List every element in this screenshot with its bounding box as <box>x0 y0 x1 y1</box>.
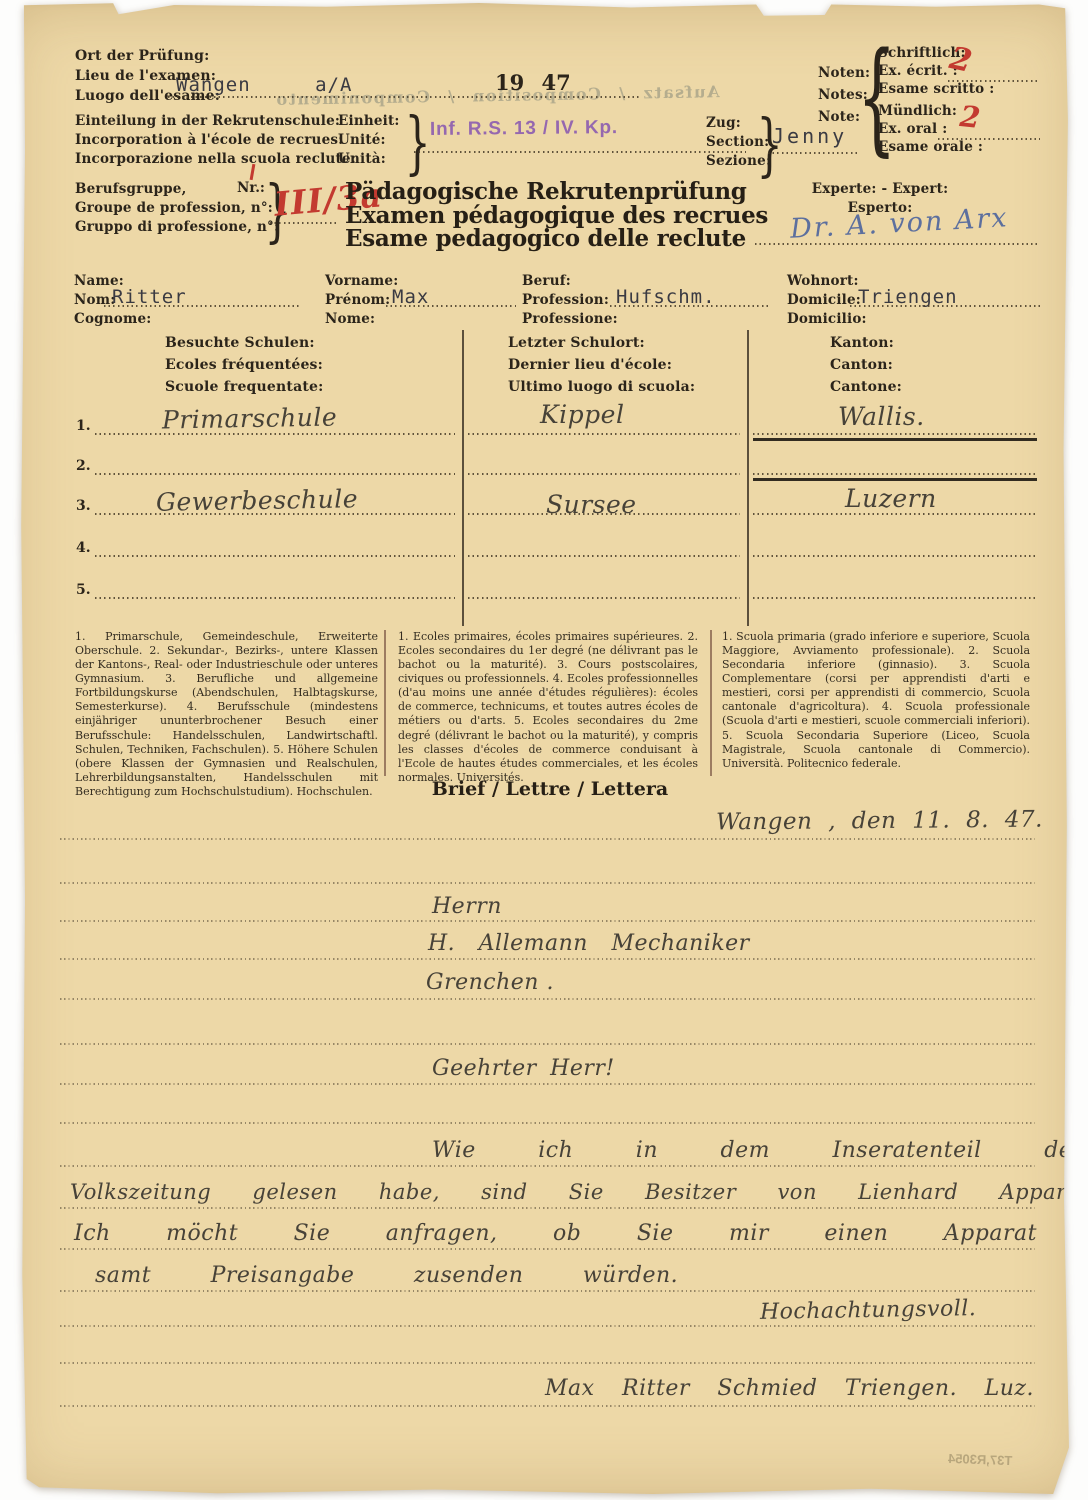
canton-entry: Luzern <box>845 484 937 513</box>
label-nome: Nome: <box>325 310 398 329</box>
label-esame-scritto: Esame scritto : <box>878 80 994 98</box>
row-number: 1. <box>76 418 91 434</box>
bleedthrough-serial: T37,R3054 <box>948 1451 1013 1468</box>
label-prenom: Prénom: <box>325 291 398 310</box>
label-canton: Canton: <box>830 354 902 376</box>
letter-body-line: Ich möcht Sie anfragen, ob Sie mir einen… <box>74 1221 1088 1246</box>
unit-brace <box>405 104 431 183</box>
letter-rule <box>60 1248 1035 1250</box>
platoon-dotted-line <box>768 152 860 154</box>
label-cognome: Cognome: <box>74 310 151 329</box>
label-ultimo-luogo: Ultimo luogo di scuola: <box>508 376 695 398</box>
table-row-line <box>95 513 455 515</box>
profession-group-dotted-line <box>270 222 336 224</box>
letter-rule <box>60 1207 1035 1209</box>
row-number: 4. <box>76 540 91 556</box>
label-besuchte-schulen: Besuchte Schulen: <box>165 332 324 354</box>
place-dotted-line <box>168 96 640 98</box>
paper-shadow: Aufsatz / Composition / Componimento Ort… <box>0 0 1088 1500</box>
schools-column-header: Besuchte Schulen: Ecoles fréquentées: Sc… <box>165 332 324 398</box>
table-row-line <box>468 555 740 557</box>
title-italian: Esame pedagogico delle reclute <box>345 227 745 251</box>
label-experte: Experte: - Expert: <box>775 180 985 199</box>
footnote-italian: 1. Scuola primaria (grado inferiore e su… <box>722 630 1030 771</box>
label-domicilio: Domicilio: <box>787 310 867 329</box>
row-number: 5. <box>76 582 91 598</box>
school-place-entry: Kippel <box>540 400 624 429</box>
year-value: 19 47 <box>495 70 571 95</box>
table-divider-1 <box>462 330 464 626</box>
footnote-divider-1 <box>384 630 386 776</box>
letter-rule <box>60 882 1035 884</box>
oral-grade-dotted-line <box>938 138 1040 140</box>
letter-date: Wangen , den 11. 8. 47. <box>716 807 1043 836</box>
letter-body-line: Volkszeitung gelesen habe, sind Sie Besi… <box>70 1180 1088 1204</box>
label-kanton: Kanton: <box>830 332 902 354</box>
canton-entry: Wallis. <box>838 402 925 431</box>
table-row-line <box>468 597 740 599</box>
row-number: 3. <box>76 498 91 514</box>
profession-dotted-line <box>610 305 768 307</box>
place-value: Wangen a/A <box>176 74 352 96</box>
label-einheit: Einheit: <box>338 112 400 131</box>
letter-rule <box>60 1405 1035 1407</box>
unit-dotted-line <box>414 151 746 153</box>
canton-solid-underline <box>753 438 1037 441</box>
letter-rule <box>60 838 1035 840</box>
label-nr: Nr.: <box>237 180 265 196</box>
residence-labels: Wohnort: Domicile: Domicilio: <box>787 272 867 329</box>
label-domicile: Domicile: <box>787 291 867 310</box>
title-german: Pädagogische Rekrutenprüfung <box>345 180 745 204</box>
label-groupe-profession: Groupe de profession, n°: <box>75 199 279 218</box>
written-grade-labels: Schriftlich: Ex. écrit. : Esame scritto … <box>878 44 994 98</box>
residence-dotted-line <box>850 305 1040 307</box>
label-wohnort: Wohnort: <box>787 272 867 291</box>
table-divider-2 <box>747 330 749 626</box>
table-row-line <box>95 555 455 557</box>
label-einteilung: Einteilung in der Rekrutenschule: <box>75 112 356 131</box>
letter-rule <box>60 920 1035 922</box>
table-row-line <box>468 473 740 475</box>
unit-labels: Einheit: Unité: Unità: <box>338 112 400 169</box>
schoolplace-column-header: Letzter Schulort: Dernier lieu d'école: … <box>508 332 695 398</box>
label-professione: Professione: <box>522 310 618 329</box>
oral-grade-value: 2 <box>958 99 982 135</box>
letter-rule <box>60 1165 1035 1167</box>
table-row-line <box>753 513 1037 515</box>
letter-address-line: H. Allemann Mechaniker <box>428 931 750 956</box>
written-grade-dotted-line <box>948 80 1040 82</box>
table-row-line <box>95 597 455 599</box>
first-name-labels: Vorname: Prénom: Nome: <box>325 272 398 329</box>
letter-rule <box>60 998 1035 1000</box>
table-row-line <box>95 473 455 475</box>
footnote-french: 1. Ecoles primaires, écoles primaires su… <box>398 630 698 785</box>
label-ort: Ort der Prüfung: <box>75 46 220 66</box>
school-entry: Primarschule <box>162 402 338 434</box>
footnote-german: 1. Primarschule, Gemeindeschule, Erweite… <box>75 630 378 799</box>
label-scuole-frequentate: Scuole frequentate: <box>165 376 324 398</box>
letter-rule <box>60 1083 1035 1085</box>
footnote-divider-2 <box>710 630 712 776</box>
label-esame-orale: Esame orale : <box>878 138 983 156</box>
label-unita: Unità: <box>338 150 400 169</box>
letter-heading: Brief / Lettre / Lettera <box>420 778 680 800</box>
unit-stamp: Inf. R.S. 13 / IV. Kp. <box>430 117 618 141</box>
label-letzter-schulort: Letzter Schulort: <box>508 332 695 354</box>
table-row-line <box>468 513 740 515</box>
label-ex-ecrit: Ex. écrit. : <box>878 62 994 80</box>
table-row-line <box>468 433 740 435</box>
label-unite: Unité: <box>338 131 400 150</box>
letter-address-line: Grenchen . <box>426 970 554 995</box>
label-vorname: Vorname: <box>325 272 398 291</box>
school-entry: Gewerbeschule <box>156 484 359 517</box>
letter-rule <box>60 1325 1035 1327</box>
label-dernier-lieu: Dernier lieu d'école: <box>508 354 695 376</box>
title-french: Examen pédagogique des recrues <box>345 204 745 228</box>
label-ecoles-frequentees: Ecoles fréquentées: <box>165 354 324 376</box>
name-dotted-line <box>104 305 302 307</box>
letter-rule <box>60 1362 1035 1364</box>
letter-closing: Hochachtungsvoll. <box>760 1296 977 1325</box>
letter-rule <box>60 1290 1035 1292</box>
letter-signature: Max Ritter Schmied Triengen. Luz. <box>545 1376 1034 1401</box>
letter-address-line: Herrn <box>432 894 502 919</box>
incorporation-labels: Einteilung in der Rekrutenschule: Incorp… <box>75 112 356 169</box>
table-row-line <box>95 433 455 435</box>
canton-solid-underline <box>753 478 1037 481</box>
first-name-dotted-line <box>386 305 516 307</box>
table-row-line <box>753 555 1037 557</box>
letter-body-line: Wie ich in dem Inseratenteil der <box>432 1138 1083 1163</box>
letter-rule <box>60 1122 1035 1124</box>
canton-column-header: Kanton: Canton: Cantone: <box>830 332 902 398</box>
form-title: Pädagogische Rekrutenprüfung Examen péda… <box>345 180 745 251</box>
label-gruppo-professione: Gruppo di professione, n°: <box>75 218 279 237</box>
label-beruf: Beruf: <box>522 272 618 291</box>
label-incorporation: Incorporation à l'école de recrues: <box>75 131 356 150</box>
profession-labels: Beruf: Profession: Professione: <box>522 272 618 329</box>
table-row-line <box>753 597 1037 599</box>
row-number: 2. <box>76 458 91 474</box>
letter-salutation: Geehrter Herr! <box>432 1056 615 1081</box>
paper-sheet: Aufsatz / Composition / Componimento Ort… <box>0 0 1088 1500</box>
label-incorporazione: Incorporazione nella scuola reclute: <box>75 150 356 169</box>
expert-dotted-line <box>755 243 1040 245</box>
label-cantone: Cantone: <box>830 376 902 398</box>
letter-rule <box>60 958 1035 960</box>
label-schriftlich: Schriftlich: <box>878 44 994 62</box>
scanned-exam-form: Aufsatz / Composition / Componimento Ort… <box>0 0 1088 1500</box>
letter-body-line: samt Preisangabe zusenden würden. <box>95 1263 678 1288</box>
letter-rule <box>60 1043 1035 1045</box>
label-profession: Profession: <box>522 291 618 310</box>
table-row-line <box>753 473 1037 475</box>
table-row-line <box>753 433 1037 435</box>
